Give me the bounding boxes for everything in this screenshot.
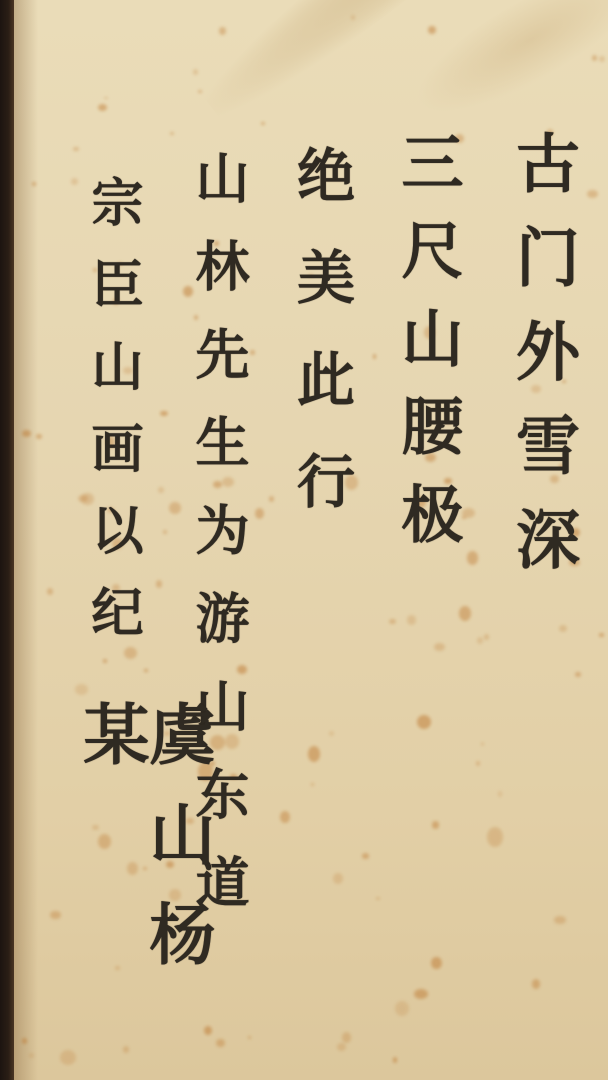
foxing-spot <box>467 551 479 565</box>
foxing-spot <box>393 1057 398 1063</box>
calligraphy-column-1: 古门外雪深 <box>510 130 574 600</box>
foxing-spot <box>156 580 163 588</box>
foxing-spot <box>308 746 321 762</box>
foxing-spot <box>599 56 605 63</box>
foxing-spot <box>144 669 147 672</box>
calligraphy-signature: 虞山杨某 <box>78 700 210 1080</box>
calligraphy-column-2: 三尺山腰极 <box>396 130 458 570</box>
foxing-spot <box>431 957 441 969</box>
foxing-spot <box>47 588 53 595</box>
foxing-spot <box>395 1001 409 1016</box>
foxing-spot <box>169 502 180 514</box>
foxing-spot <box>337 1043 347 1051</box>
foxing-spot <box>32 182 36 186</box>
foxing-spot <box>73 147 79 152</box>
foxing-spot <box>462 508 475 518</box>
paper-edge-shadow <box>14 0 38 1080</box>
foxing-spot <box>362 853 369 858</box>
foxing-spot <box>342 1032 352 1043</box>
calligraphy-column-3: 绝美此行 <box>292 145 350 553</box>
foxing-spot <box>261 122 265 125</box>
foxing-spot <box>333 873 343 884</box>
foxing-spot <box>255 508 264 519</box>
foxing-spot <box>36 434 42 439</box>
foxing-spot <box>248 1036 252 1039</box>
foxing-spot <box>476 761 480 766</box>
foxing-spot <box>554 916 565 924</box>
top-right-stain <box>397 0 608 140</box>
foxing-spot <box>163 530 167 534</box>
foxing-spot <box>414 989 428 999</box>
foxing-spot <box>389 619 396 624</box>
foxing-spot <box>269 496 274 503</box>
foxing-spot <box>280 811 290 823</box>
foxing-spot <box>219 27 226 35</box>
foxing-spot <box>104 97 108 100</box>
foxing-spot <box>60 1050 76 1065</box>
foxing-spot <box>484 634 488 640</box>
foxing-spot <box>599 633 603 637</box>
foxing-spot <box>50 911 60 920</box>
foxing-spot <box>376 897 379 900</box>
foxing-spot <box>459 606 471 621</box>
foxing-spot <box>193 69 198 74</box>
calligraphy-column-5: 宗臣山画以纪 <box>86 175 138 667</box>
foxing-spot <box>329 731 335 736</box>
foxing-spot <box>498 791 503 796</box>
foxing-spot <box>587 190 597 198</box>
foxing-spot <box>158 487 164 494</box>
foxing-spot <box>487 827 503 847</box>
foxing-spot <box>477 637 483 644</box>
foxing-spot <box>559 625 567 631</box>
foxing-spot <box>432 821 440 829</box>
foxing-spot <box>592 55 597 61</box>
foxing-spot <box>407 615 417 625</box>
foxing-spot <box>160 411 168 417</box>
foxing-spot <box>532 979 541 989</box>
foxing-spot <box>198 90 202 93</box>
foxing-spot <box>481 742 485 747</box>
foxing-spot <box>170 132 173 135</box>
foxing-spot <box>428 26 435 34</box>
foxing-spot <box>373 354 377 358</box>
foxing-spot <box>417 715 431 729</box>
foxing-spot <box>75 684 88 694</box>
foxing-spot <box>71 178 79 185</box>
foxing-spot <box>216 1039 224 1047</box>
foxing-spot <box>434 643 445 651</box>
calligraphy-photo: 古门外雪深 三尺山腰极 绝美此行 山林先生为游山东道 宗臣山画以纪 虞山杨某 <box>0 0 608 1080</box>
foxing-spot <box>311 783 314 786</box>
dark-left-border <box>0 0 14 1080</box>
foxing-spot <box>575 672 581 677</box>
foxing-spot <box>29 1053 34 1059</box>
foxing-spot <box>98 104 107 111</box>
